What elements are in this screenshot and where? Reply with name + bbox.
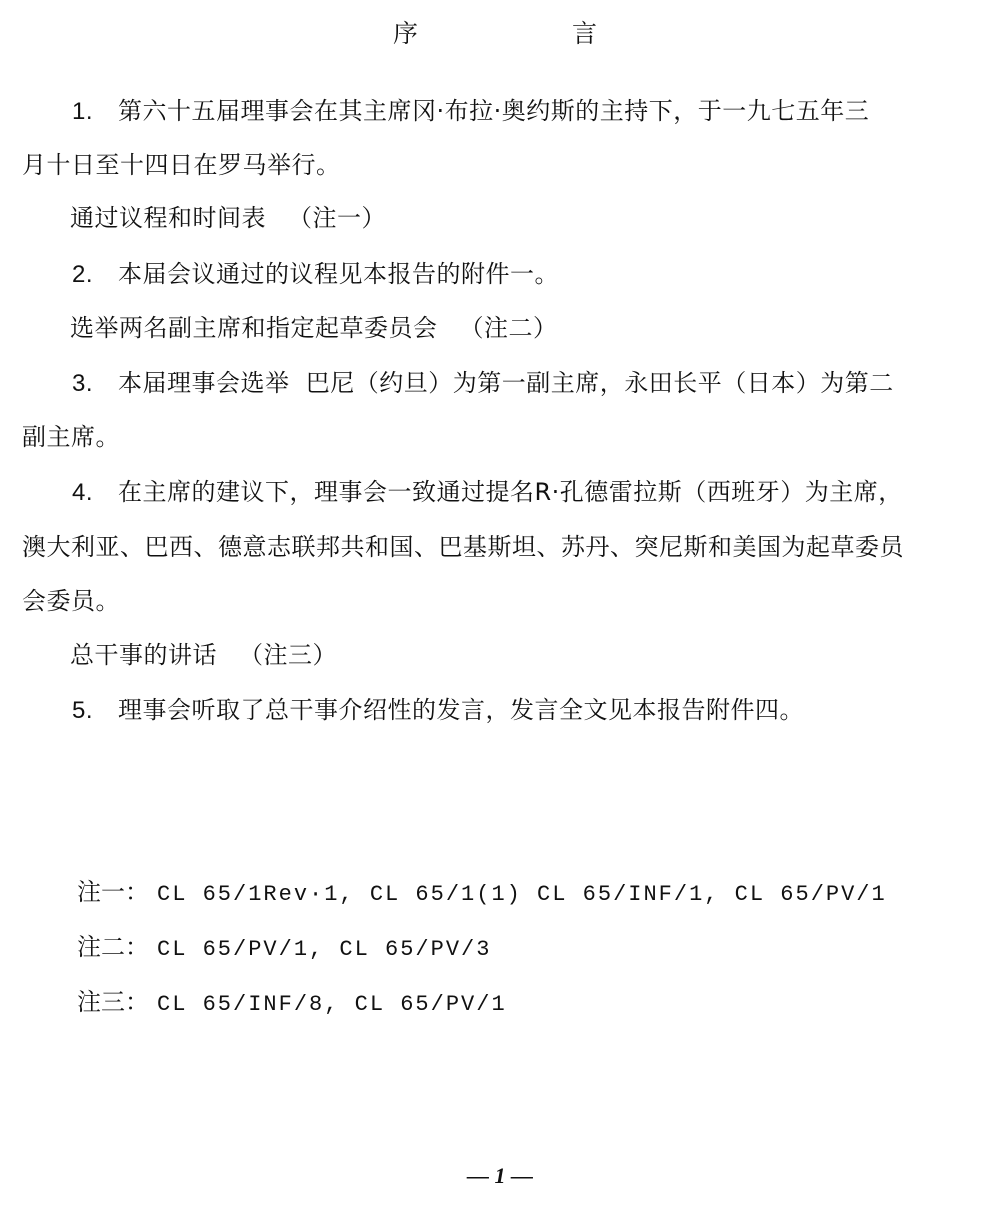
footnote-label: 注三： — [77, 988, 149, 1016]
footnote-3: 注三：CL 65/INF/8, CL 65/PV/1 — [77, 987, 507, 1020]
paragraph-text: 理事会听取了总干事介绍性的发言，发言全文见本报告附件四。 — [118, 696, 804, 724]
section-heading-agenda: 通过议程和时间表（注一） — [70, 203, 386, 233]
paragraph-5: 5.理事会听取了总干事介绍性的发言，发言全文见本报告附件四。 — [72, 695, 804, 726]
paragraph-number: 4. — [72, 478, 118, 508]
paragraph-3-line-1: 3.本届理事会选举 巴尼（约旦）为第一副主席，永田长平（日本）为第二 — [72, 368, 894, 399]
title-char-1: 序 — [393, 14, 418, 50]
heading-text: 总干事的讲话 — [70, 641, 217, 669]
paragraph-text: 在主席的建议下，理事会一致通过提名R·孔德雷拉斯（西班牙）为主席， — [118, 478, 903, 506]
paragraph-number: 2. — [72, 260, 118, 290]
title-char-2: 言 — [572, 14, 597, 50]
paragraph-2: 2.本届会议通过的议程见本报告的附件一。 — [72, 259, 559, 290]
section-heading-election: 选举两名副主席和指定起草委员会（注二） — [70, 313, 558, 343]
paragraph-text: 本届理事会选举 巴尼（约旦）为第一副主席，永田长平（日本）为第二 — [118, 369, 894, 397]
section-heading-director-general: 总干事的讲话（注三） — [70, 640, 337, 670]
paragraph-4-line-1: 4.在主席的建议下，理事会一致通过提名R·孔德雷拉斯（西班牙）为主席， — [72, 477, 903, 508]
note-reference: （注一） — [288, 204, 386, 232]
paragraph-1-line-2: 月十日至十四日在罗马举行。 — [22, 150, 341, 180]
heading-text: 通过议程和时间表 — [70, 204, 266, 232]
paragraph-4-line-3: 会委员。 — [22, 586, 120, 616]
note-reference: （注二） — [460, 314, 558, 342]
footnote-label: 注一： — [77, 878, 149, 906]
footnote-references: CL 65/INF/8, CL 65/PV/1 — [157, 992, 507, 1017]
paragraph-number: 1. — [72, 97, 118, 127]
paragraph-1-line-1: 1.第六十五届理事会在其主席冈·布拉·奥约斯的主持下，于一九七五年三 — [72, 96, 869, 127]
paragraph-4-line-2: 澳大利亚、巴西、德意志联邦共和国、巴基斯坦、苏丹、突尼斯和美国为起草委员 — [22, 532, 904, 562]
document-page: 序 言 1.第六十五届理事会在其主席冈·布拉·奥约斯的主持下，于一九七五年三 月… — [0, 0, 1000, 1228]
paragraph-number: 3. — [72, 369, 118, 399]
paragraph-text: 本届会议通过的议程见本报告的附件一。 — [118, 260, 559, 288]
paragraph-3-line-2: 副主席。 — [22, 422, 120, 452]
note-reference: （注三） — [239, 641, 337, 669]
footnote-2: 注二：CL 65/PV/1, CL 65/PV/3 — [77, 932, 491, 965]
footnote-1: 注一：CL 65/1Rev·1, CL 65/1(1) CL 65/INF/1,… — [77, 877, 887, 910]
page-title: 序 言 — [0, 14, 1000, 50]
footnote-label: 注二： — [77, 933, 149, 961]
footnote-references: CL 65/1Rev·1, CL 65/1(1) CL 65/INF/1, CL… — [157, 882, 887, 907]
page-number: — 1 — — [0, 1163, 1000, 1189]
footnote-references: CL 65/PV/1, CL 65/PV/3 — [157, 937, 491, 962]
paragraph-number: 5. — [72, 696, 118, 726]
paragraph-text: 第六十五届理事会在其主席冈·布拉·奥约斯的主持下，于一九七五年三 — [118, 97, 869, 125]
heading-text: 选举两名副主席和指定起草委员会 — [70, 314, 438, 342]
